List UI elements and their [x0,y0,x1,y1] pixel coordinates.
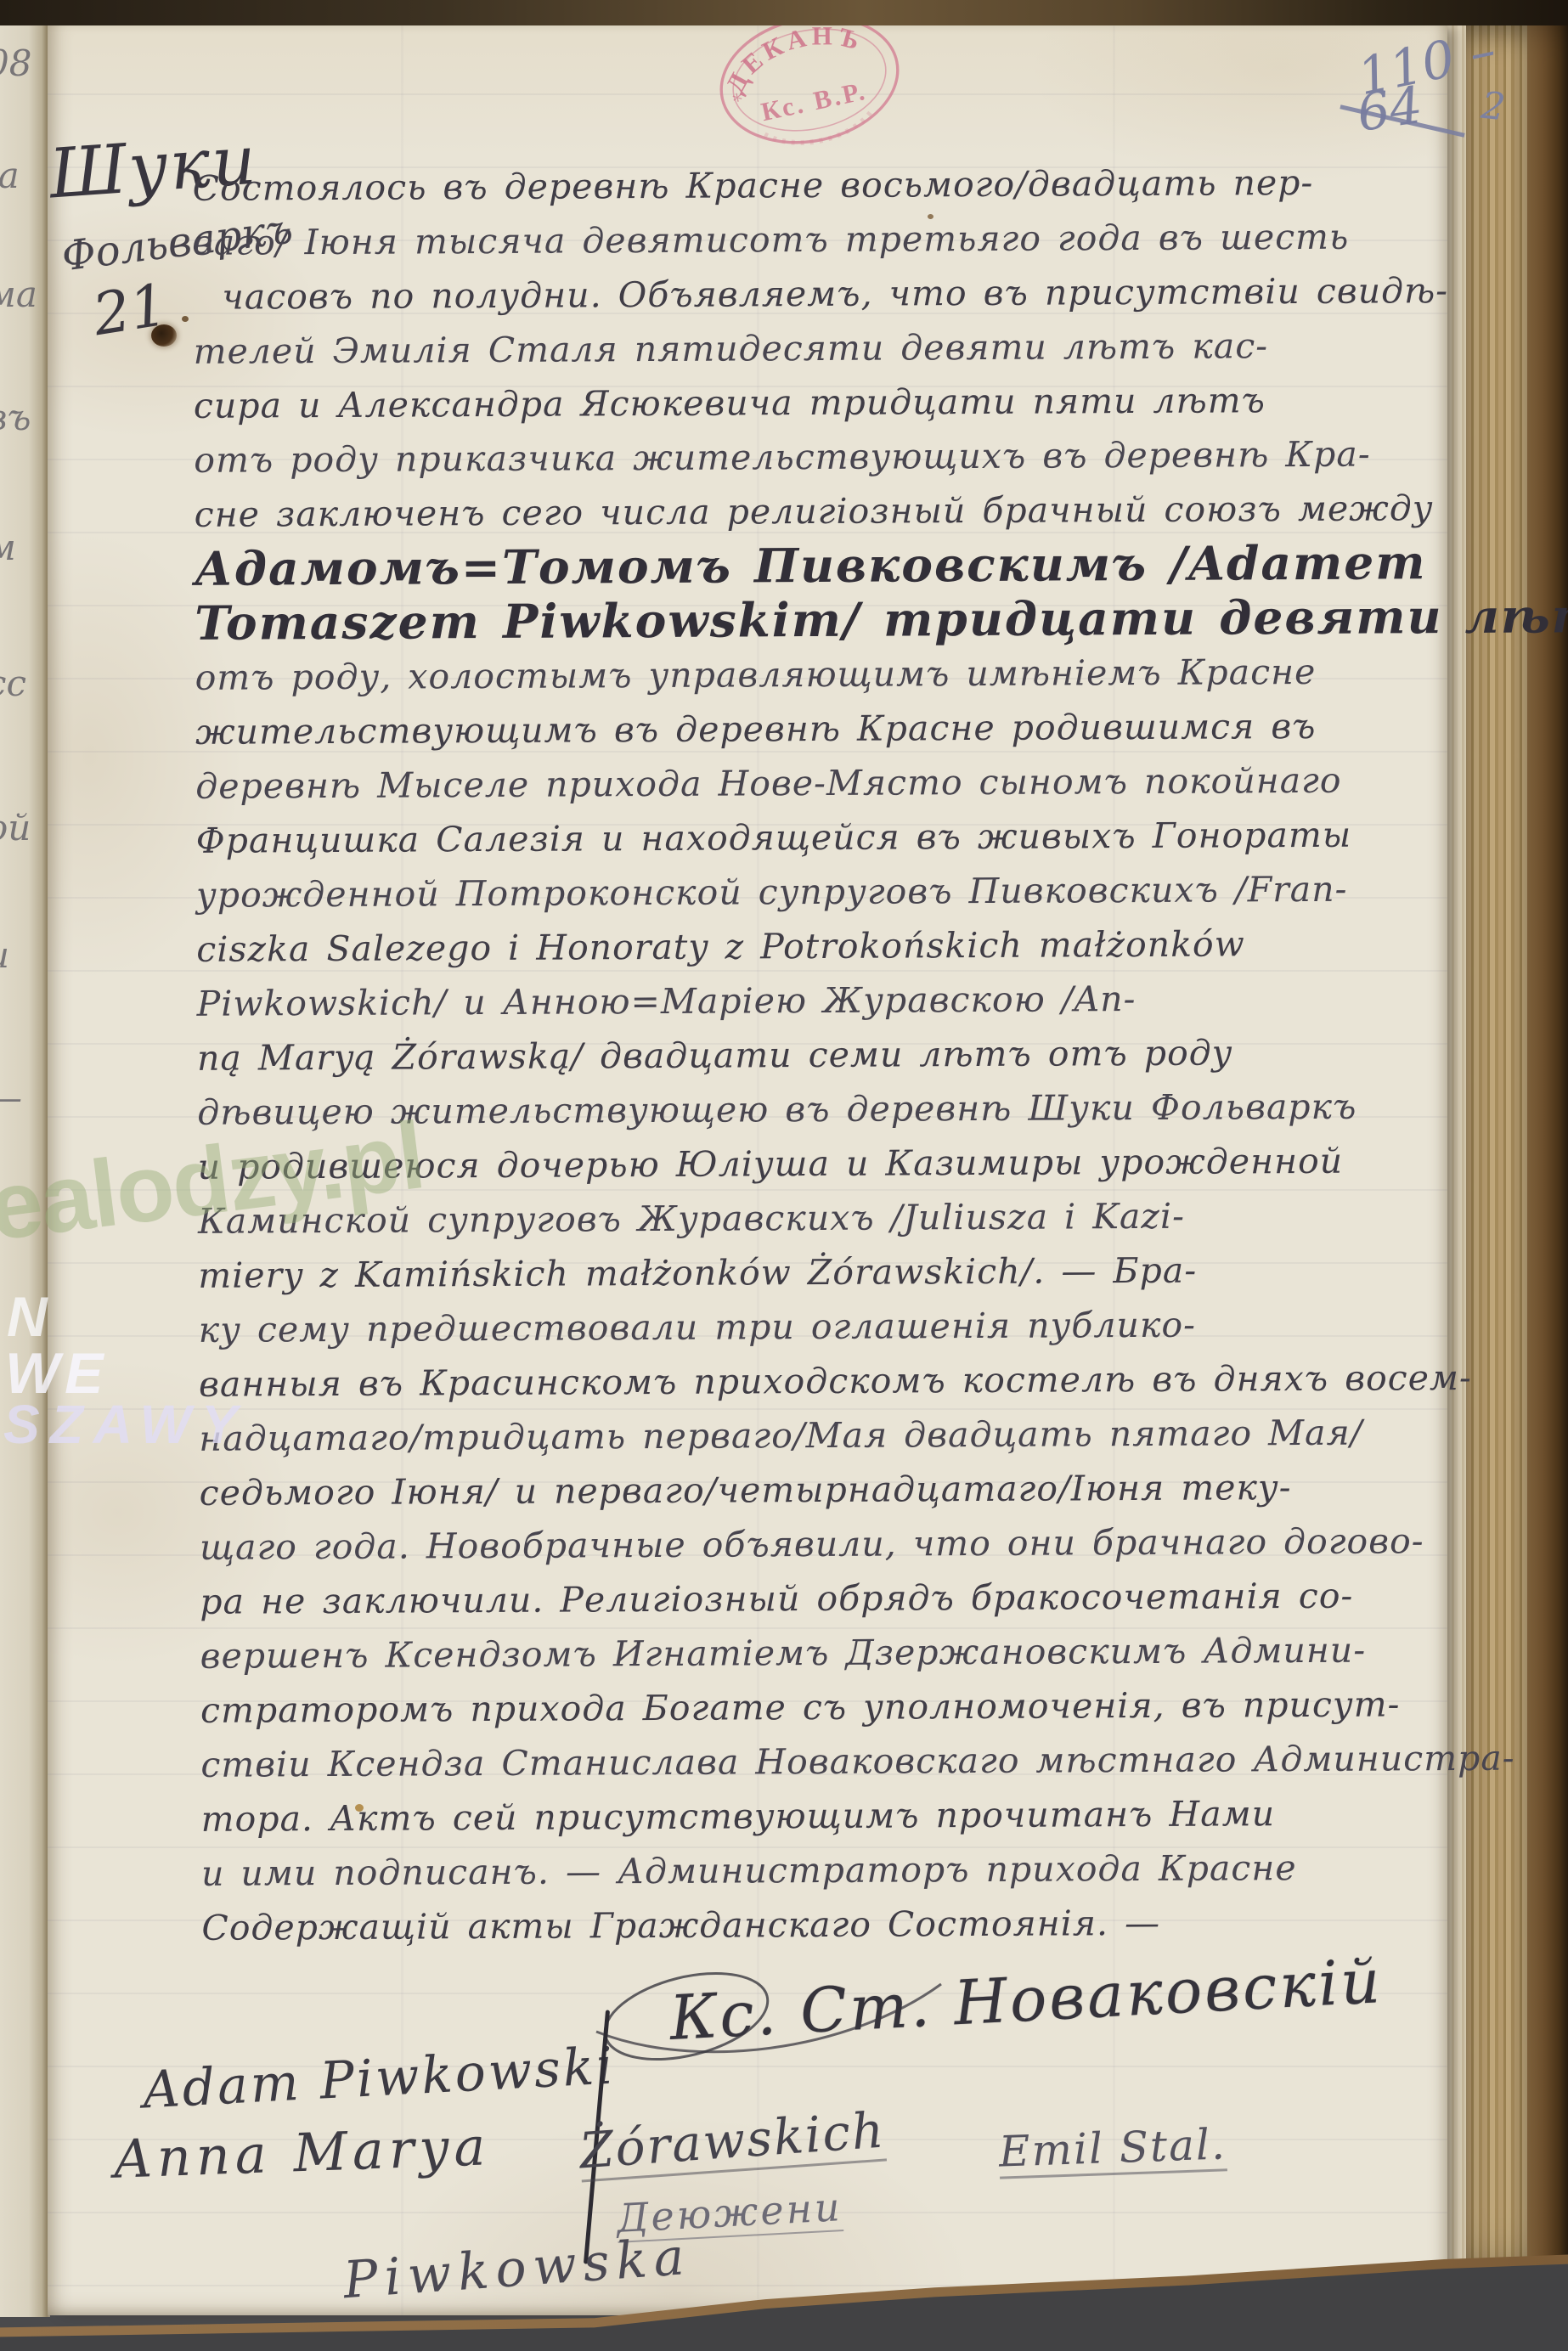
record-line: телей Эмилія Сталя пятидесяти девяти лѣт… [193,318,1435,379]
stain-speck [355,1804,364,1812]
stain-speck [928,214,933,219]
witness-signature: Emil Stal. [998,2119,1227,2179]
book-top-edge [0,0,1568,25]
record-line: щаго года. Новобрачные объявили, что они… [200,1514,1441,1575]
record-line-bride-name: Piwkowskich/ и Анною=Маріею Журавскою /A… [197,970,1439,1031]
record-line: ваго/ Іюня тысяча девятисотъ третьяго го… [193,209,1435,270]
cut-text-fragment: ма [0,273,46,315]
genealogy-watermark-wrap: ealodzy.pl [0,1111,442,1294]
record-line: тора. Актъ сей присутствующимъ прочитанъ… [201,1785,1443,1846]
cut-text-fragment: въ [0,397,46,438]
record-line: ванныя въ Красинскомъ приходскомъ костел… [199,1350,1441,1412]
record-line: вершенъ Ксендзомъ Игнатіемъ Дзержановски… [200,1622,1442,1683]
cut-text-fragment: 08 [0,42,46,84]
stamp-center-text: Кс. В.Р. [759,76,870,127]
cut-text-fragment: ła [0,155,46,196]
ink-blot [151,324,177,347]
record-line: Францишка Салезія и находящейся въ живых… [196,807,1438,868]
record-line: ciszka Salezego i Honoraty z Potrokoński… [196,916,1438,977]
edge-pencil-mark: 2 [1479,84,1507,130]
cut-text-fragment: м [0,527,46,568]
record-line: седьмого Іюня/ и перваго/четырнадцатаго/… [200,1459,1441,1520]
genealogy-watermark: ealodzy.pl [0,1111,429,1262]
record-text-block: Состоялось въ деревнѣ Красне восьмого/дв… [192,155,1443,1955]
bride-given-signature: Anna Marya [113,2115,492,2190]
book-cover-edge [1527,0,1568,2351]
scanned-register-photo: 08 ła ма въ м сс ой и — ДЕКАНЪ Кс. В.Р. … [0,0,1568,2351]
cut-text-fragment: сс [0,662,46,704]
archive-watermark-line3: SZAWY [3,1393,248,1456]
record-line: ствіи Ксендза Станислава Новаковскаго мѣ… [200,1731,1442,1792]
record-line-groom-name-latin: Tomaszem Piwkowskim/ тридцати девяти лѣт… [195,589,1436,651]
record-line: сне заключенъ сего числа религіозный бра… [194,481,1435,542]
book-fore-edge [1466,20,1527,2305]
record-line: ку сему предшествовали три оглашенія пуб… [199,1296,1441,1357]
record-line: Содержащій акты Гражданскаго Состоянія. … [201,1894,1443,1955]
record-line: и ими подписанъ. — Администраторъ приход… [201,1840,1443,1901]
page-edges-stack [1447,22,1466,2298]
record-line: урожденной Потроконской супруговъ Пивков… [196,861,1438,922]
ink-speck [182,316,189,322]
record-line: страторомъ прихода Богате съ уполномочен… [200,1677,1442,1738]
archive-watermark-line1: N [7,1284,48,1349]
record-line: отъ роду приказчика жительствующихъ въ д… [194,426,1435,488]
record-line: часовъ по полудни. Объявляемъ, что въ пр… [193,263,1435,324]
record-line: Состоялось въ деревнѣ Красне восьмого/дв… [192,155,1434,216]
record-line: сира и Александра Ясюкевича тридцати пят… [194,372,1435,433]
record-line-bride-name-latin: ną Maryą Żórawską/ двадцати семи лѣтъ от… [197,1024,1439,1085]
record-line: ра не заключили. Религіозный обрядъ брак… [200,1568,1441,1629]
record-line: отъ роду, холостымъ управляющимъ имѣніем… [195,644,1436,705]
cut-text-fragment: и [0,934,46,976]
cut-text-fragment: ой [0,807,46,849]
record-line-groom-name: Адамомъ=Томомъ Пивковскимъ /Adamem [195,535,1436,596]
record-line: деревнѣ Мыселе прихода Нове-Място сыномъ… [195,753,1437,814]
record-line: жительствующимъ въ деревнѣ Красне родивш… [195,698,1437,759]
record-line: надцатаго/тридцать перваго/Мая двадцать … [199,1405,1441,1466]
